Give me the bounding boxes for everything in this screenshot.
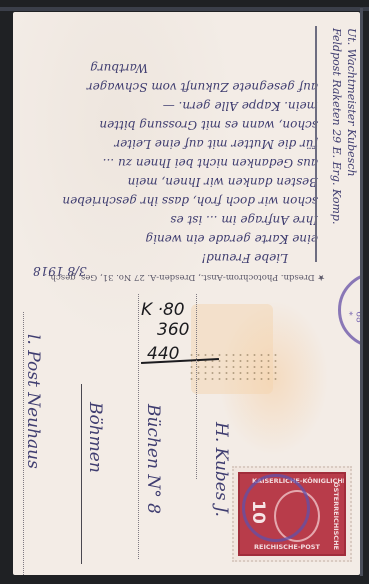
message-divider bbox=[315, 26, 317, 262]
message-line: schon wir doch froh, dass ihr geschriebe… bbox=[33, 191, 318, 210]
message-line: mein. Kappe Alle gern. — bbox=[33, 96, 318, 115]
postmark bbox=[338, 272, 360, 348]
sender-line-1: Ut. Wachtmeister Kubesch bbox=[345, 28, 358, 177]
sender-line-2: Feldpost Raketen 29 E. Erg. Komp. bbox=[330, 28, 343, 224]
message-line: für die Mutter mit auf eine Leiter bbox=[33, 134, 318, 153]
message-line: schon, wann es mit Grossung bitten bbox=[33, 115, 318, 134]
address-line-1: Büchen N° 8 bbox=[143, 404, 163, 514]
recipient-name: H. Kubes J. bbox=[211, 422, 231, 517]
stamp-right-text: ÖSTERREICHISCHE bbox=[332, 482, 340, 550]
calc-line-1: ·80 bbox=[158, 300, 185, 320]
publisher-imprint: ★ Dresdn. Photochrom-Anst., Dresden-A. 2… bbox=[35, 272, 325, 282]
address-line-rule bbox=[196, 294, 197, 479]
stamp-cancellation bbox=[242, 474, 310, 542]
message-line: auf gesegnete Zukunft vom Schwager bbox=[33, 77, 318, 96]
glue-residue bbox=[188, 352, 278, 382]
address-line-3: l. Post Neuhaus bbox=[23, 334, 43, 469]
address-line-2: Böhmen bbox=[85, 402, 105, 473]
message-line: Wartburg bbox=[33, 58, 318, 77]
message-line: aus Gedanken nicht bei Ihnen zu ... bbox=[33, 153, 318, 172]
address-line-rule bbox=[81, 384, 82, 564]
message-line: Besten danken wir Ihnen, mein bbox=[33, 172, 318, 191]
handwritten-message: Liebe Freund! eine Karte gerade ein weni… bbox=[33, 27, 318, 267]
pencil-calculation: K ·80 360 440 bbox=[141, 300, 189, 364]
calc-line-2: 360 bbox=[141, 320, 189, 340]
message-line: Ihre Anfrage im ... ist es bbox=[33, 210, 318, 229]
postmark-text: * 68 * bbox=[344, 311, 360, 322]
scan-border-right bbox=[360, 8, 363, 576]
message-line: eine Karte gerade ein wenig bbox=[33, 229, 318, 248]
stamp-bottom-text: REICHISCHE-POST bbox=[254, 543, 320, 551]
address-line-rule bbox=[138, 294, 139, 559]
scan-border-top bbox=[0, 7, 369, 11]
currency-mark: K bbox=[141, 300, 152, 320]
